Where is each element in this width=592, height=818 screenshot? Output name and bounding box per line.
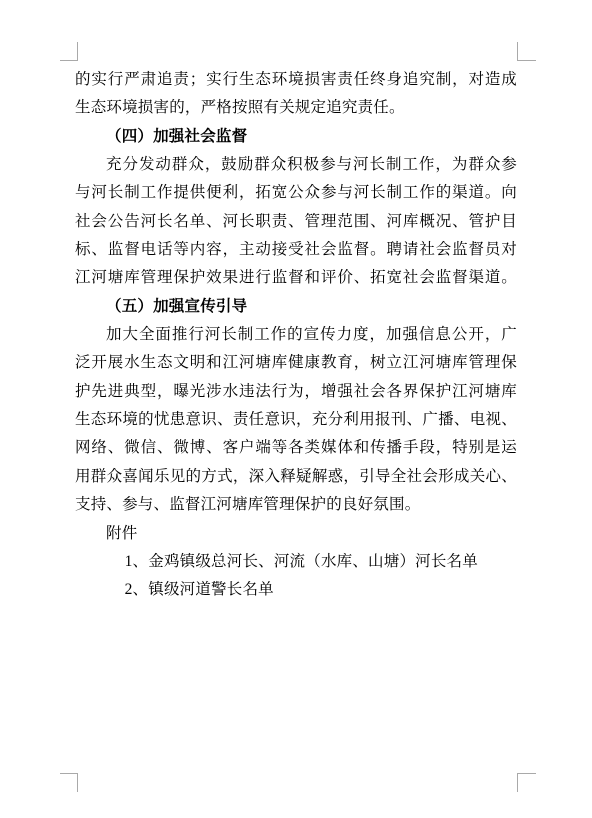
attachment-item-1: 1、金鸡镇级总河长、河流（水库、山塘）河长名单 <box>75 548 517 576</box>
margin-crop-mark-top-left <box>60 42 78 61</box>
heading-section-5: （五）加强宣传引导 <box>75 293 517 321</box>
body-text-line: 江河塘库管理保护效果进行监督和评价、拓宽社会监督渠道。 <box>75 264 517 292</box>
body-text-line: 与河长制工作提供便利，拓宽公众参与河长制工作的渠道。向 <box>75 179 517 207</box>
margin-crop-mark-bottom-left <box>60 773 78 792</box>
body-text-line: 泛开展水生态文明和江河塘库健康教育，树立江河塘库管理保 <box>75 349 517 377</box>
body-text-line: 标、监督电话等内容，主动接受社会监督。聘请社会监督员对 <box>75 236 517 264</box>
margin-crop-mark-top-right <box>517 42 536 61</box>
document-page: 的实行严肃追责；实行生态环境损害责任终身追究制，对造成 生态环境损害的，严格按照… <box>0 0 592 818</box>
body-text-line: 生态环境的忧患意识、责任意识，充分利用报刊、广播、电视、 <box>75 406 517 434</box>
body-text-line: 生态环境损害的，严格按照有关规定追究责任。 <box>75 94 517 122</box>
heading-section-4: （四）加强社会监督 <box>75 123 517 151</box>
body-text-line: 充分发动群众，鼓励群众积极参与河长制工作，为群众参 <box>75 151 517 179</box>
body-text-line: 网络、微信、微博、客户端等各类媒体和传播手段，特别是运 <box>75 434 517 462</box>
body-text-line: 支持、参与、监督江河塘库管理保护的良好氛围。 <box>75 491 517 519</box>
body-text-line: 用群众喜闻乐见的方式，深入释疑解惑，引导全社会形成关心、 <box>75 463 517 491</box>
attachment-item-2: 2、镇级河道警长名单 <box>75 576 517 604</box>
body-text-line: 护先进典型，曝光涉水违法行为，增强社会各界保护江河塘库 <box>75 378 517 406</box>
margin-crop-mark-bottom-right <box>517 773 536 792</box>
body-text-line: 的实行严肃追责；实行生态环境损害责任终身追究制，对造成 <box>75 66 517 94</box>
document-text-area: 的实行严肃追责；实行生态环境损害责任终身追究制，对造成 生态环境损害的，严格按照… <box>75 66 517 605</box>
body-text-line: 社会公告河长名单、河长职责、管理范围、河库概况、管护目 <box>75 208 517 236</box>
attachment-label: 附件 <box>75 520 517 548</box>
body-text-line: 加大全面推行河长制工作的宣传力度，加强信息公开，广 <box>75 321 517 349</box>
